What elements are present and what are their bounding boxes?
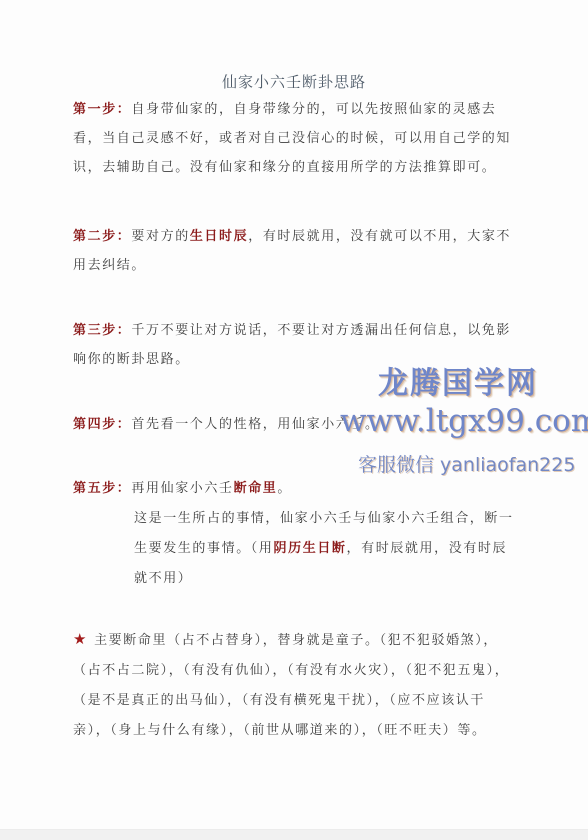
step-5-paragraph: 第五步：再用仙家小六壬断命里。 xyxy=(73,474,518,503)
star-icon: ★ xyxy=(73,630,88,648)
step-5-label: 第五步： xyxy=(73,481,131,496)
star-note-text: 主要断命里（占不占替身），替身就是童子。（犯不犯驳婚煞），（占不占二院），（有没… xyxy=(73,633,509,738)
star-note-paragraph: ★主要断命里（占不占替身），替身就是童子。（犯不犯驳婚煞），（占不占二院），（有… xyxy=(73,624,518,746)
step-5-detail-highlight: 阴历生日断 xyxy=(274,541,347,556)
watermark-site-name: 龙腾国学网 xyxy=(378,358,538,402)
step-2-paragraph: 第二步：要对方的生日时辰，有时辰就用，没有就可以不用，大家不用去纠结。 xyxy=(73,222,518,280)
step-5-text-after: 。 xyxy=(277,481,292,496)
step-2-highlight: 生日时辰 xyxy=(190,229,248,244)
step-5-detail: 这是一生所占的事情，仙家小六壬与仙家小六壬组合，断一生要发生的事情。（用阴历生日… xyxy=(134,504,519,594)
step-2-label: 第二步： xyxy=(73,229,131,244)
watermark-contact: 客服微信 yanliaofan225 xyxy=(358,450,575,477)
step-5-highlight: 断命里 xyxy=(234,481,278,496)
step-2-text-before: 要对方的 xyxy=(131,229,189,244)
step-1-text: 自身带仙家的，自身带缘分的，可以先按照仙家的灵感去看，当自己灵感不好，或者对自己… xyxy=(73,102,511,175)
document-title: 仙家小六壬断卦思路 xyxy=(0,71,588,92)
step-1-label: 第一步： xyxy=(73,102,131,117)
watermark-url: www.ltgx99.com xyxy=(340,403,588,439)
page-bottom-edge xyxy=(0,829,588,840)
step-3-label: 第三步： xyxy=(73,323,131,338)
document-page: 仙家小六壬断卦思路 第一步：自身带仙家的，自身带缘分的，可以先按照仙家的灵感去看… xyxy=(0,0,588,830)
step-4-label: 第四步： xyxy=(73,417,131,432)
step-1-paragraph: 第一步：自身带仙家的，自身带缘分的，可以先按照仙家的灵感去看，当自己灵感不好，或… xyxy=(73,95,518,182)
step-5-text-before: 再用仙家小六壬 xyxy=(131,481,233,496)
